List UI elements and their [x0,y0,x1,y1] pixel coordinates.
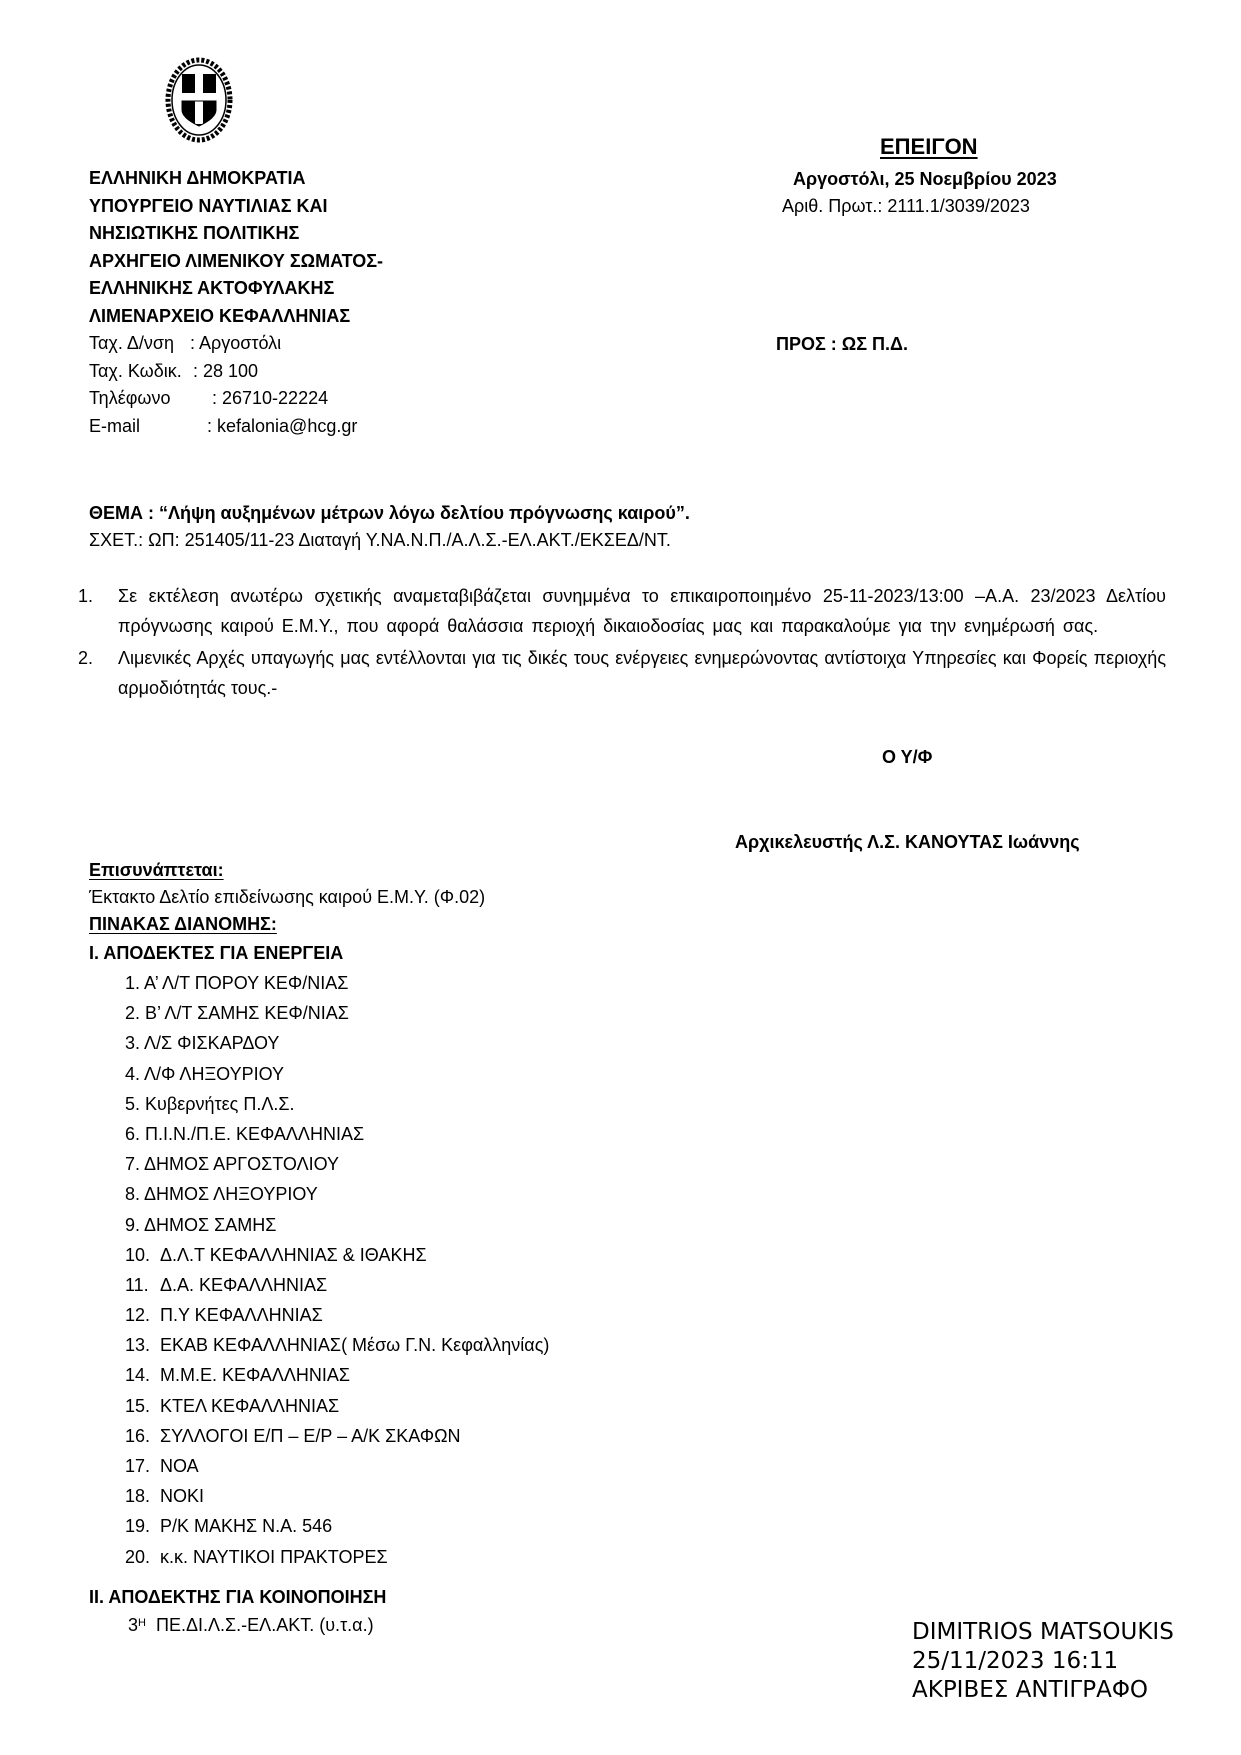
recipient-number: 10. [125,1240,160,1270]
org-line: ΥΠΟΥΡΓΕΙΟ ΝΑΥΤΙΛΙΑΣ ΚΑΙ [89,193,383,221]
action-recipient-item: 1. Α’ Λ/Τ ΠΟΡΟΥ ΚΕΦ/ΝΙΑΣ [125,968,549,998]
contact-label: Τηλέφωνο [89,385,170,413]
recipient-name: Δ.Α. ΚΕΦΑΛΛΗΝΙΑΣ [160,1275,327,1295]
contact-email: E-mail : kefalonia@hcg.gr [89,413,489,441]
action-recipient-item: 4. Λ/Φ ΛΗΞΟΥΡΙΟΥ [125,1059,549,1089]
recipient-number: 7. [125,1149,140,1179]
action-recipient-item: 19.Ρ/Κ ΜΑΚΗΣ Ν.Α. 546 [125,1511,549,1541]
org-line: ΝΗΣΙΩΤΙΚΗΣ ΠΟΛΙΤΙΚΗΣ [89,220,383,248]
recipient-name: ΕΚΑΒ ΚΕΦΑΛΛΗΝΙΑΣ( Μέσω Γ.Ν. Κεφαλληνίας) [160,1335,549,1355]
recipient-number: 12. [125,1300,160,1330]
recipient-number: 20. [125,1542,160,1572]
stamp-note: ΑΚΡΙΒΕΣ ΑΝΤΙΓΡΑΦΟ [912,1676,1174,1705]
contact-value: : 28 100 [193,358,258,386]
contact-label: Ταχ. Κωδικ. [89,358,182,386]
organization-block: ΕΛΛΗΝΙΚΗ ΔΗΜΟΚΡΑΤΙΑ ΥΠΟΥΡΓΕΙΟ ΝΑΥΤΙΛΙΑΣ … [89,165,383,331]
paragraph-1: 1. Σε εκτέλεση ανωτέρω σχετικής αναμεταβ… [78,582,1166,641]
urgency-label: ΕΠΕΙΓΟΝ [880,134,978,160]
action-recipient-item: 10.Δ.Λ.Τ ΚΕΦΑΛΛΗΝΙΑΣ & ΙΘΑΚΗΣ [125,1240,549,1270]
recipient-name: Λ/Φ ΛΗΞΟΥΡΙΟΥ [144,1064,284,1084]
contact-label: Ταχ. Δ/νση [89,330,174,358]
distribution-heading: ΠΙΝΑΚΑΣ ΔΙΑΝΟΜΗΣ: [89,911,277,939]
digital-signature-stamp: DIMITRIOS MATSOUKIS 25/11/2023 16:11 ΑΚΡ… [912,1618,1174,1705]
action-recipient-item: 15.ΚΤΕΛ ΚΕΦΑΛΛΗΝΙΑΣ [125,1391,549,1421]
recipient-name: ΔΗΜΟΣ ΣΑΜΗΣ [144,1215,276,1235]
paragraph-text: Λιμενικές Αρχές υπαγωγής μας εντέλλονται… [118,644,1166,703]
recipient-name: ΔΗΜΟΣ ΛΗΞΟΥΡΙΟΥ [144,1184,318,1204]
action-recipient-item: 9. ΔΗΜΟΣ ΣΑΜΗΣ [125,1210,549,1240]
subject-label: ΘΕΜΑ : [89,503,159,523]
info-recipient-ordinal-suffix: Η [138,1617,146,1629]
contact-label: E-mail [89,413,140,441]
stamp-timestamp: 25/11/2023 16:11 [912,1647,1174,1676]
recipient-name: ΝΟΚΙ [160,1486,204,1506]
paragraph-text: Σε εκτέλεση ανωτέρω σχετικής αναμεταβιβά… [118,582,1166,641]
recipient-number: 4. [125,1059,140,1089]
action-recipient-item: 17.ΝΟΑ [125,1451,549,1481]
protocol-number: Αριθ. Πρωτ.: 2111.1/3039/2023 [782,193,1030,221]
signer-name: Αρχικελευστής Λ.Σ. ΚΑΝΟΥΤΑΣ Ιωάννης [735,829,1080,857]
action-recipient-item: 2. Β’ Λ/Τ ΣΑΜΗΣ ΚΕΦ/ΝΙΑΣ [125,998,549,1028]
recipient-number: 15. [125,1391,160,1421]
recipient-number: 17. [125,1451,160,1481]
subject-line: ΘΕΜΑ : “Λήψη αυξημένων μέτρων λόγω δελτί… [89,500,690,528]
recipient-name: Ρ/Κ ΜΑΚΗΣ Ν.Α. 546 [160,1516,332,1536]
org-line: ΕΛΛΗΝΙΚΗ ΔΗΜΟΚΡΑΤΙΑ [89,165,383,193]
org-line: ΕΛΛΗΝΙΚΗΣ ΑΚΤΟΦΥΛΑΚΗΣ [89,275,383,303]
recipient-number: 3. [125,1028,140,1058]
contact-email-link[interactable]: : kefalonia@hcg.gr [207,413,357,441]
recipient-name: κ.κ. ΝΑΥΤΙΚΟΙ ΠΡΑΚΤΟΡΕΣ [160,1547,388,1567]
info-recipient-ordinal: 3 [128,1615,138,1635]
recipient-number: 18. [125,1481,160,1511]
recipient-number: 16. [125,1421,160,1451]
info-recipient-name: ΠΕ.ΔΙ.Λ.Σ.-ΕΛ.ΑΚΤ. (υ.τ.α.) [156,1615,374,1635]
recipient-name: Λ/Σ ΦΙΣΚΑΡΔΟΥ [144,1033,279,1053]
action-recipient-item: 6. Π.Ι.Ν./Π.Ε. ΚΕΦΑΛΛΗΝΙΑΣ [125,1119,549,1149]
paragraph-2: 2. Λιμενικές Αρχές υπαγωγής μας εντέλλον… [78,644,1166,703]
greek-coat-of-arms-icon [165,56,233,144]
action-recipient-item: 20.κ.κ. ΝΑΥΤΙΚΟΙ ΠΡΑΚΤΟΡΕΣ [125,1542,549,1572]
action-recipients-list: 1. Α’ Λ/Τ ΠΟΡΟΥ ΚΕΦ/ΝΙΑΣ2. Β’ Λ/Τ ΣΑΜΗΣ … [125,968,549,1572]
place-date: Αργοστόλι, 25 Νοεμβρίου 2023 [793,166,1057,194]
recipient-line: ΠΡΟΣ : ΩΣ Π.Δ. [776,331,908,359]
action-recipient-item: 8. ΔΗΜΟΣ ΛΗΞΟΥΡΙΟΥ [125,1179,549,1209]
recipient-name: Π.Υ ΚΕΦΑΛΛΗΝΙΑΣ [160,1305,323,1325]
recipient-name: ΝΟΑ [160,1456,199,1476]
action-recipient-item: 11.Δ.Α. ΚΕΦΑΛΛΗΝΙΑΣ [125,1270,549,1300]
org-line: ΛΙΜΕΝΑΡΧΕΙΟ ΚΕΦΑΛΛΗΝΙΑΣ [89,303,383,331]
body-paragraphs: 1. Σε εκτέλεση ανωτέρω σχετικής αναμεταβ… [78,582,1166,706]
contact-value: : Αργοστόλι [190,330,281,358]
info-recipients-heading: ΙΙ. ΑΠΟΔΕΚΤΗΣ ΓΙΑ ΚΟΙΝΟΠΟΙΗΣΗ [89,1584,386,1612]
stamp-signer: DIMITRIOS MATSOUKIS [912,1618,1174,1647]
action-recipient-item: 14.Μ.Μ.Ε. ΚΕΦΑΛΛΗΝΙΑΣ [125,1360,549,1390]
contact-postcode: Ταχ. Κωδικ. : 28 100 [89,358,489,386]
recipient-name: Β’ Λ/Τ ΣΑΜΗΣ ΚΕΦ/ΝΙΑΣ [145,1003,349,1023]
paragraph-number: 1. [78,582,93,612]
recipient-number: 14. [125,1360,160,1390]
reference-line: ΣΧΕΤ.: ΩΠ: 251405/11-23 Διαταγή Υ.ΝΑ.Ν.Π… [89,527,671,555]
action-recipient-item: 5. Κυβερνήτες Π.Λ.Σ. [125,1089,549,1119]
info-recipient: 3Η ΠΕ.ΔΙ.Λ.Σ.-ΕΛ.ΑΚΤ. (υ.τ.α.) [128,1612,374,1640]
action-recipient-item: 18.ΝΟΚΙ [125,1481,549,1511]
recipient-name: Δ.Λ.Τ ΚΕΦΑΛΛΗΝΙΑΣ & ΙΘΑΚΗΣ [160,1245,427,1265]
recipient-name: Π.Ι.Ν./Π.Ε. ΚΕΦΑΛΛΗΝΙΑΣ [145,1124,364,1144]
recipient-name: ΔΗΜΟΣ ΑΡΓΟΣΤΟΛΙΟΥ [144,1154,339,1174]
contact-phone: Τηλέφωνο : 26710-22224 [89,385,489,413]
recipient-number: 5. [125,1089,140,1119]
recipient-number: 6. [125,1119,140,1149]
action-recipients-heading: Ι. ΑΠΟΔΕΚΤΕΣ ΓΙΑ ΕΝΕΡΓΕΙΑ [89,940,343,968]
recipient-number: 11. [125,1270,160,1300]
subject-text: “Λήψη αυξημένων μέτρων λόγω δελτίου πρόγ… [159,503,690,523]
contact-address: Ταχ. Δ/νση : Αργοστόλι [89,330,489,358]
action-recipient-item: 7. ΔΗΜΟΣ ΑΡΓΟΣΤΟΛΙΟΥ [125,1149,549,1179]
recipient-number: 9. [125,1210,140,1240]
signer-title: Ο Υ/Φ [882,744,932,772]
recipient-number: 2. [125,998,140,1028]
org-line: ΑΡΧΗΓΕΙΟ ΛΙΜΕΝΙΚΟΥ ΣΩΜΑΤΟΣ- [89,248,383,276]
recipient-number: 1. [125,968,140,998]
recipient-name: Α’ Λ/Τ ΠΟΡΟΥ ΚΕΦ/ΝΙΑΣ [144,973,348,993]
paragraph-number: 2. [78,644,93,674]
action-recipient-item: 13.ΕΚΑΒ ΚΕΦΑΛΛΗΝΙΑΣ( Μέσω Γ.Ν. Κεφαλληνί… [125,1330,549,1360]
attachments-heading: Επισυνάπτεται: [89,857,224,885]
recipient-number: 19. [125,1511,160,1541]
recipient-name: Κυβερνήτες Π.Λ.Σ. [145,1094,294,1114]
recipient-name: ΚΤΕΛ ΚΕΦΑΛΛΗΝΙΑΣ [160,1396,339,1416]
recipient-number: 13. [125,1330,160,1360]
action-recipient-item: 16.ΣΥΛΛΟΓΟΙ Ε/Π – Ε/Ρ – Α/Κ ΣΚΑΦΩΝ [125,1421,549,1451]
action-recipient-item: 3. Λ/Σ ΦΙΣΚΑΡΔΟΥ [125,1028,549,1058]
contact-value: : 26710-22224 [212,385,328,413]
recipient-name: Μ.Μ.Ε. ΚΕΦΑΛΛΗΝΙΑΣ [160,1365,350,1385]
attachment-item[interactable]: Έκτακτο Δελτίο επιδείνωσης καιρού Ε.Μ.Υ.… [89,884,485,912]
contact-block: Ταχ. Δ/νση : Αργοστόλι Ταχ. Κωδικ. : 28 … [89,330,489,440]
recipient-number: 8. [125,1179,140,1209]
recipient-name: ΣΥΛΛΟΓΟΙ Ε/Π – Ε/Ρ – Α/Κ ΣΚΑΦΩΝ [160,1426,461,1446]
action-recipient-item: 12.Π.Υ ΚΕΦΑΛΛΗΝΙΑΣ [125,1300,549,1330]
